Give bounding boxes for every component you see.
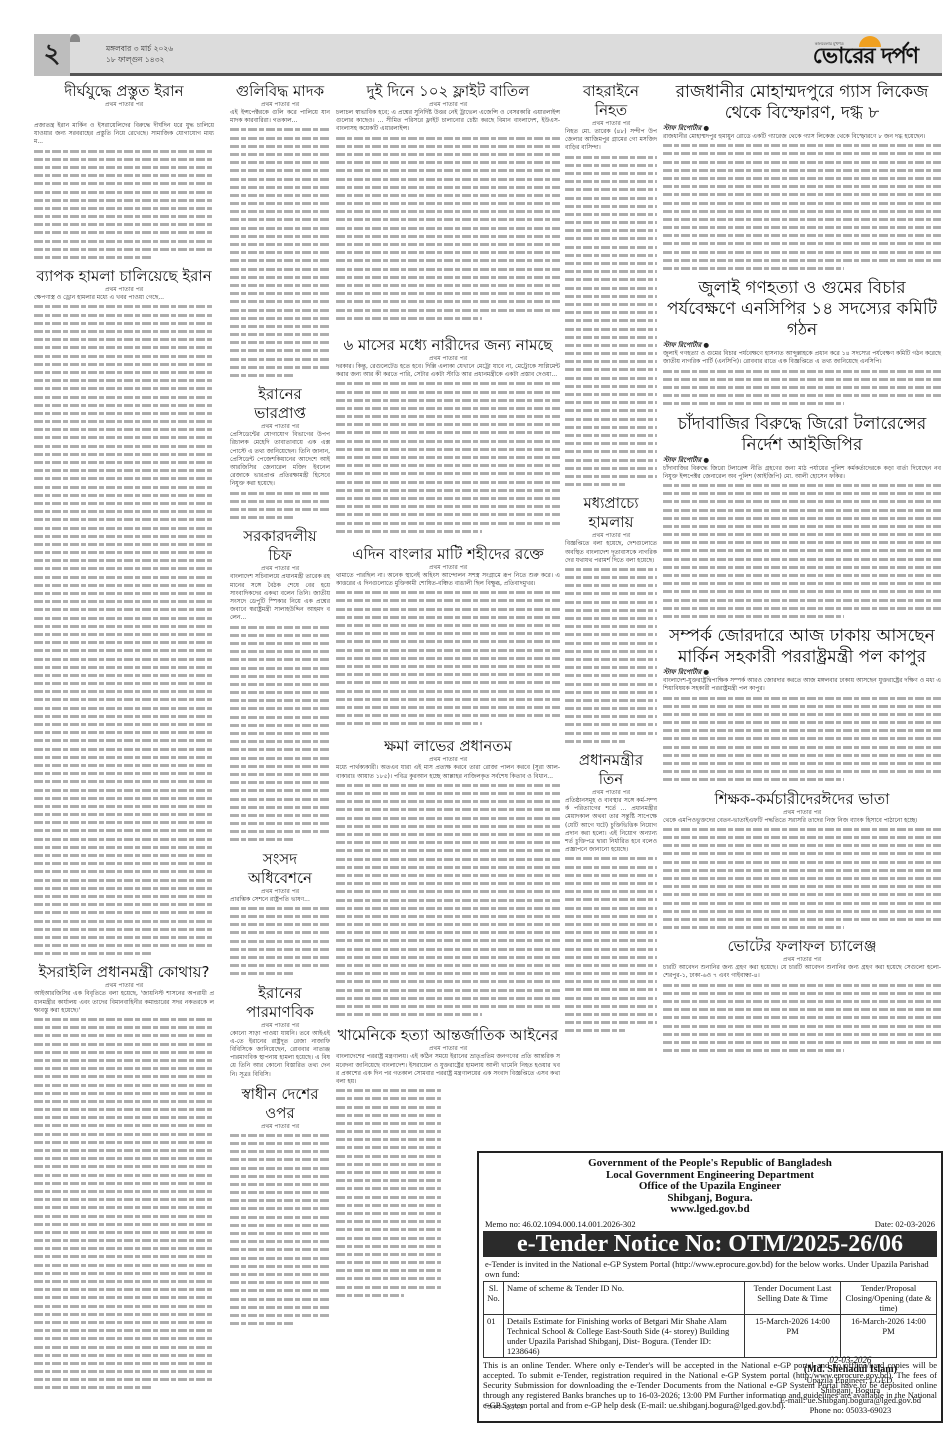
headline: চাঁদাবাজির বিরুদ্ধে জিরো টলারেন্সের নির্… bbox=[663, 414, 941, 456]
story-parliament-session: সংসদ অধিবেশনে প্রথম পাতার পর প্রারম্ভিক … bbox=[230, 850, 330, 978]
headline: মধ্যপ্রাচ্যে হামলায় bbox=[565, 494, 657, 532]
story-text-block bbox=[663, 825, 941, 931]
story-lead: চারটি আবেদন শুনানির জন্য গ্রহণ করা হয়েছ… bbox=[663, 964, 941, 980]
sunrise-icon bbox=[859, 36, 881, 47]
column-2: গুলিবিদ্ধ মাদক প্রথম পাতার পর এই ইন্সপেক… bbox=[230, 82, 330, 1333]
story-text-block bbox=[336, 1086, 441, 1299]
headline: দুই দিনে ১০২ ফ্লাইট বাতিল bbox=[336, 82, 560, 101]
story-lead: বাংলাদেশ-যুক্তরাষ্ট্রদ্বিপাক্ষিক সম্পর্ক… bbox=[663, 677, 941, 693]
memo-number: Memo no: 46.02.1094.000.14.001.2026-302 bbox=[485, 1219, 636, 1229]
story-text-block bbox=[230, 904, 330, 978]
story-lead: চাঁদাবাজির বিরুদ্ধে জিরো টলারেন্স নীতি গ… bbox=[663, 465, 941, 481]
headline: গুলিবিদ্ধ মাদক bbox=[230, 82, 330, 101]
headline: ইসরাইলি প্রধানমন্ত্রী কোথায়? bbox=[34, 963, 214, 982]
headline: সংসদ অধিবেশনে bbox=[230, 850, 330, 888]
memo-row: Memo no: 46.02.1094.000.14.001.2026-302 … bbox=[479, 1216, 941, 1229]
column-1-full: প্রজাতন্ত্র ইরান মার্কিন ও ইসরায়েলিদের … bbox=[34, 82, 214, 1398]
jump-label: প্রথম পাতার পর bbox=[230, 101, 330, 109]
jump-label: প্রথম পাতার পর bbox=[336, 564, 560, 572]
story-lead: ক্ষেপণাস্ত্র ও ড্রোন হামলার মধ্যে এ খবর … bbox=[34, 294, 214, 302]
story-women-six-months: ৬ মাসের মধ্যে নারীদের জন্য নামছে প্রথম প… bbox=[336, 336, 560, 535]
issuing-authority: Government of the People's Republic of B… bbox=[479, 1158, 941, 1216]
headline: রাজধানীর মোহাম্মদপুরে গ্যাস লিকেজ থেকে ব… bbox=[663, 82, 941, 124]
story-lead: দরকার। কিন্তু, রেগুলেটেড হতে হবে। দিল্লি… bbox=[336, 363, 560, 379]
story-lead: থামাতে পারছিল না। অনেক স্থানেই অহিংস আন্… bbox=[336, 572, 560, 588]
tender-table: Sl. No. Name of scheme & Tender ID No. T… bbox=[483, 1281, 937, 1358]
story-lead: চলাচল স্বাভাবিক হবে; এ প্রশ্নের সুনির্দি… bbox=[336, 109, 560, 134]
gov-website: www.lged.gov.bd bbox=[479, 1204, 941, 1216]
story-ncp-committee: জুলাই গণহত্যা ও গুমের বিচার পর্যবেক্ষণে … bbox=[663, 278, 941, 407]
story-iran-long-war-body: প্রজাতন্ত্র ইরান মার্কিন ও ইসরায়েলিদের … bbox=[34, 82, 214, 261]
story-lead: প্রেসিডেন্টের যোগাযোগ বিভাগের উপপরিচালক … bbox=[230, 431, 330, 488]
story-lead: আইআরজিসির এক বিবৃতিতে বলা হয়েছে, 'জায়ন… bbox=[34, 990, 214, 1015]
column-header: Sl. No. bbox=[484, 1281, 504, 1314]
story-lead: বিজ্ঞপ্তিতে বলা হয়েছে, দেশগুলোতে অবস্থি… bbox=[565, 540, 657, 565]
story-independent-country: স্বাধীন দেশের ওপর প্রথম পাতার পর bbox=[230, 1085, 330, 1328]
story-lead: প্রজাতন্ত্র ইরান মার্কিন ও ইসরায়েলিদের … bbox=[34, 122, 214, 147]
jump-label: প্রথম পাতার পর bbox=[230, 1123, 330, 1131]
story-lead: মধ্যে পার্থক্যকারী। অতএব যারা এই মাস প্র… bbox=[336, 764, 560, 780]
byline: স্টাফ রিপোর্টার ● bbox=[663, 668, 941, 677]
story-text-block bbox=[663, 481, 941, 620]
headline: জুলাই গণহত্যা ও গুমের বিচার পর্যবেক্ষণে … bbox=[663, 278, 941, 341]
story-paul-kapur: সম্পর্ক জোরদারে আজ ঢাকায় আসছেন মার্কিন … bbox=[663, 626, 941, 783]
signatory-phone: Phone no: 05033-69023 bbox=[780, 1405, 921, 1415]
headline: এদিন বাংলার মাটি শহীদের রক্তে bbox=[336, 545, 560, 564]
byline: স্টাফ রিপোর্টার ● bbox=[663, 341, 941, 350]
issue-dates: মঙ্গলবার ৩ মার্চ ২০২৬ ১৮ ফাল্গুন ১৪৩২ bbox=[106, 43, 173, 65]
logo-tagline: কালবেলার মুখপত্র bbox=[815, 41, 844, 48]
table-row: 01 Details Estimate for Finishing works … bbox=[484, 1314, 937, 1357]
headline: শিক্ষক-কর্মচারীদেরঈদের ভাতা bbox=[663, 790, 941, 809]
headline: ইরানের পারমাণবিক bbox=[230, 984, 330, 1022]
story-text-block bbox=[663, 367, 941, 408]
story-lead: রাজধানীর মোহাম্মদপুর হুমায়ুন রোডে একটি … bbox=[663, 133, 941, 141]
story-text-block bbox=[663, 981, 941, 1055]
story-text-block bbox=[565, 565, 657, 745]
byline: স্টাফ রিপোর্টার ● bbox=[663, 456, 941, 465]
story-lead: কোনো সাড়া পাওয়া যায়নি। তবে আইএইএ-তে ই… bbox=[230, 1030, 330, 1079]
headline: খামেনিকে হত্যা আন্তর্জাতিক আইনের bbox=[336, 1026, 560, 1045]
story-iran-nuclear: ইরানের পারমাণবিক প্রথম পাতার পর কোনো সাড… bbox=[230, 984, 330, 1079]
story-widespread-attack: ব্যাপক হামলা চালিয়েছে ইরান প্রথম পাতার … bbox=[34, 267, 214, 957]
byline: স্টাফ রিপোর্টার ● bbox=[663, 124, 941, 133]
gov-line: Office of the Upazila Engineer bbox=[479, 1181, 941, 1193]
story-lead: এই ইন্সপেক্টরকে গুলি করে পালিয়ে যান মাদ… bbox=[230, 109, 330, 125]
story-text-block bbox=[34, 1015, 214, 1392]
story-shot-drug: গুলিবিদ্ধ মাদক প্রথম পাতার পর এই ইন্সপেক… bbox=[230, 82, 330, 379]
page-header: ২ মঙ্গলবার ৩ মার্চ ২০২৬ ১৮ ফাল্গুন ১৪৩২ … bbox=[34, 34, 942, 76]
story-text-block bbox=[336, 379, 560, 535]
story-pm-three: প্রধানমন্ত্রীর তিন প্রথম পাতার পর প্রতিষ… bbox=[565, 751, 657, 1035]
newspaper-logo: কালবেলার মুখপত্র ভোরের দর্পণ bbox=[813, 39, 918, 76]
last-selling-cell: 15-March-2026 14:00 PM bbox=[745, 1314, 841, 1357]
headline: সম্পর্ক জোরদারে আজ ঢাকায় আসছেন মার্কিন … bbox=[663, 626, 941, 668]
story-teacher-allowance: শিক্ষক-কর্মচারীদেরঈদের ভাতা প্রথম পাতার … bbox=[663, 790, 941, 932]
story-text-block bbox=[34, 302, 214, 957]
ad-code: জিকক-০১/২৬ bbox=[485, 1402, 523, 1413]
signatory-location: Shibganj, Bogura bbox=[780, 1385, 921, 1395]
story-israeli-pm: ইসরাইলি প্রধানমন্ত্রী কোথায়? প্রথম পাতা… bbox=[34, 963, 214, 1391]
signatory-name: (Md. Shehadul Islam) bbox=[780, 1365, 921, 1375]
scheme-cell: Details Estimate for Finishing works of … bbox=[504, 1314, 745, 1357]
headline: বাহরাইনে নিহত bbox=[565, 82, 657, 120]
story-text-block bbox=[230, 125, 330, 379]
story-iran-acting: ইরানের ভারপ্রাপ্ত প্রথম পাতার পর প্রেসিড… bbox=[230, 385, 330, 521]
story-text-block bbox=[336, 781, 560, 1018]
story-text-block bbox=[336, 134, 560, 322]
serial-cell: 01 bbox=[484, 1314, 504, 1357]
tender-notice-ad: Government of the People's Republic of B… bbox=[477, 1151, 943, 1423]
jump-label: প্রথম পাতার পর bbox=[663, 809, 941, 817]
story-lead: প্রতিষ্ঠানসমূহ ও ব্যবস্থার সঙ্গে কর্ম-সম… bbox=[565, 797, 657, 854]
headline: সরকারদলীয় চিফ bbox=[230, 527, 330, 565]
story-mohammadpur-gas: রাজধানীর মোহাম্মদপুরে গ্যাস লিকেজ থেকে ব… bbox=[663, 82, 941, 272]
story-text-block bbox=[34, 147, 214, 262]
signatory-email[interactable]: E-mail: ue.Shibganj.bogura@lged.gov.bd bbox=[780, 1395, 921, 1405]
column-3: দুই দিনে ১০২ ফ্লাইট বাতিল প্রথম পাতার পর… bbox=[336, 82, 560, 1305]
closing-opening-cell: 16-March-2026 14:00 PM bbox=[841, 1314, 937, 1357]
column-header: Tender Document Last Selling Date & Time bbox=[745, 1281, 841, 1314]
jump-label: প্রথম পাতার পর bbox=[336, 355, 560, 363]
headline: ব্যাপক হামলা চালিয়েছে ইরান bbox=[34, 267, 214, 286]
headline: প্রধানমন্ত্রীর তিন bbox=[565, 751, 657, 789]
story-text-block bbox=[336, 588, 560, 727]
story-lead: জুলাই গণহত্যা ও গুমের বিচার পর্যবেক্ষণে … bbox=[663, 350, 941, 366]
headline: ভোটের ফলাফল চ্যালেঞ্জ bbox=[663, 937, 941, 956]
story-lead: থেকে এমপিওভুক্তদের বেতন-ভাতাইএফটি পদ্ধতি… bbox=[663, 817, 941, 825]
gov-line: Government of the People's Republic of B… bbox=[479, 1158, 941, 1170]
story-lead: প্রারম্ভিক সেশনে রাষ্ট্রপতি ভাষণ... bbox=[230, 896, 330, 904]
column-4: বাহরাইনে নিহত প্রথম পাতার পর নিহত মো. তা… bbox=[565, 82, 657, 1041]
jump-label: প্রথম পাতার পর bbox=[565, 120, 657, 128]
notice-date: Date: 02-03-2026 bbox=[875, 1219, 935, 1229]
tender-intro: e-Tender is invited in the National e-GP… bbox=[479, 1259, 941, 1279]
headline: ৬ মাসের মধ্যে নারীদের জন্য নামছে bbox=[336, 336, 560, 355]
jump-label: প্রথম পাতার পর bbox=[34, 286, 214, 294]
jump-label: প্রথম পাতার পর bbox=[336, 101, 560, 109]
table-header-row: Sl. No. Name of scheme & Tender ID No. T… bbox=[484, 1281, 937, 1314]
story-text-block bbox=[663, 141, 941, 272]
issue-date-bangla: ১৮ ফাল্গুন ১৪৩২ bbox=[106, 54, 173, 65]
story-text-block bbox=[230, 489, 330, 522]
headline: ইরানের ভারপ্রাপ্ত bbox=[230, 385, 330, 423]
story-text-block bbox=[230, 623, 330, 844]
column-header: Name of scheme & Tender ID No. bbox=[504, 1281, 745, 1314]
jump-label: প্রথম পাতার পর bbox=[565, 789, 657, 797]
headline: স্বাধীন দেশের ওপর bbox=[230, 1085, 330, 1123]
column-header: Tender/Proposal Closing/Opening (date & … bbox=[841, 1281, 937, 1314]
story-lead: বাংলাদেশের পররাষ্ট্র মন্ত্রণালয়। এই কঠি… bbox=[336, 1053, 560, 1086]
tender-title: e-Tender Notice No: OTM/2025-26/06 bbox=[483, 1231, 937, 1257]
story-vote-result-challenge: ভোটের ফলাফল চ্যালেঞ্জ প্রথম পাতার পর চার… bbox=[663, 937, 941, 1054]
jump-label: প্রথম পাতার পর bbox=[230, 888, 330, 896]
story-bahrain-killed: বাহরাইনে নিহত প্রথম পাতার পর নিহত মো. তা… bbox=[565, 82, 657, 488]
headline: ক্ষমা লাভের প্রধানতম bbox=[336, 737, 560, 756]
column-5: রাজধানীর মোহাম্মদপুরে গ্যাস লিকেজ থেকে ব… bbox=[663, 82, 941, 1060]
story-lead: নিহত মো. তারেক (৪৮) সন্দীপ উপজেলার আজিমপ… bbox=[565, 128, 657, 153]
story-flights-cancelled: দুই দিনে ১০২ ফ্লাইট বাতিল প্রথম পাতার পর… bbox=[336, 82, 560, 322]
story-forgiveness-main: ক্ষমা লাভের প্রধানতম প্রথম পাতার পর মধ্য… bbox=[336, 737, 560, 1018]
jump-label: প্রথম পাতার পর bbox=[565, 532, 657, 540]
story-zero-tolerance-igp: চাঁদাবাজির বিরুদ্ধে জিরো টলারেন্সের নির্… bbox=[663, 414, 941, 621]
story-lead: বাংলাদেশ সচিবালয়ে প্রধানমন্ত্রী তারেক র… bbox=[230, 573, 330, 622]
tab-decoration bbox=[70, 34, 80, 42]
story-text-block bbox=[565, 854, 657, 1034]
story-bengal-soil-blood: এদিন বাংলার মাটি শহীদের রক্তে প্রথম পাতা… bbox=[336, 545, 560, 728]
story-govt-party-whip: সরকারদলীয় চিফ প্রথম পাতার পর বাংলাদেশ স… bbox=[230, 527, 330, 843]
issue-date: মঙ্গলবার ৩ মার্চ ২০২৬ bbox=[106, 43, 173, 54]
page-number: ২ bbox=[34, 34, 70, 76]
jump-label: প্রথম পাতার পর bbox=[230, 1022, 330, 1030]
story-text-block bbox=[230, 1131, 330, 1328]
story-text-block bbox=[565, 153, 657, 489]
signatory-title: Upazila Engineer, LGED, bbox=[780, 1375, 921, 1385]
signature-block: 02-03-2026 (Md. Shehadul Islam) Upazila … bbox=[780, 1355, 921, 1415]
story-middle-east-attack: মধ্যপ্রাচ্যে হামলায় প্রথম পাতার পর বিজ্… bbox=[565, 494, 657, 745]
story-text-block bbox=[663, 694, 941, 784]
